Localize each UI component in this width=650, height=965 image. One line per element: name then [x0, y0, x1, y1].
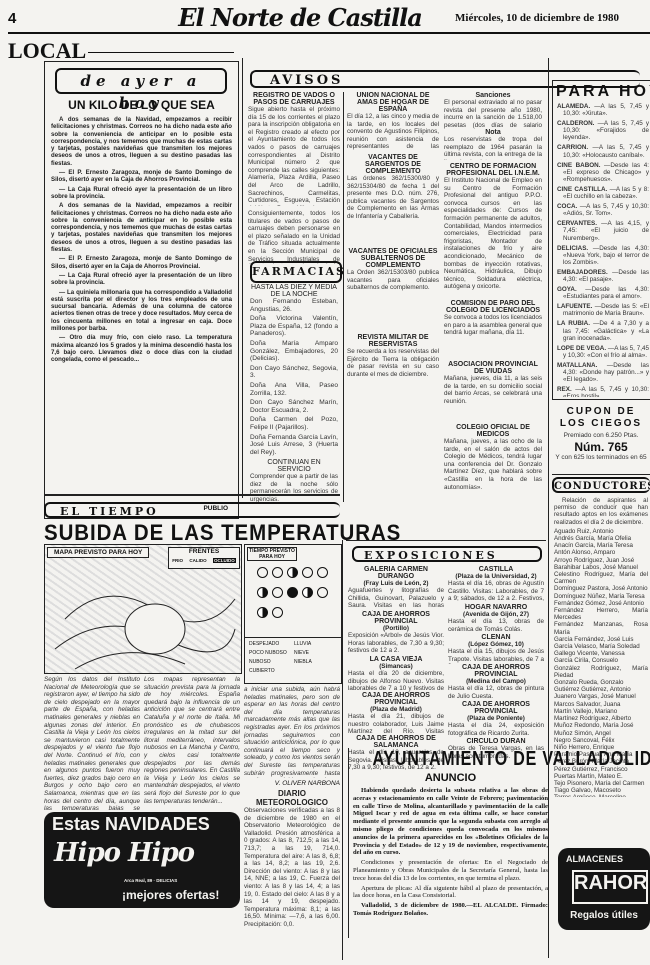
cine-name: CINE BABON. [557, 162, 600, 169]
conductor-name: Muñoz Redondo, María José [554, 722, 648, 729]
aviso-title: UNION NACIONAL DE AMAS DE HOGAR DE ESPAÑ… [347, 92, 439, 113]
aviso-title: ASOCIACION PROVINCIAL DE VIUDAS [444, 361, 542, 375]
weather-forecast-text: a iniciar una subida, aún habrá heladas … [244, 686, 340, 778]
partly-cloudy-icon [257, 607, 268, 618]
cine-item: LAFUENTE. —Desde las 5: «El matrimonio d… [557, 303, 649, 317]
expo-venue: CLENAN [448, 634, 544, 641]
expo-text: Hasta el día 21, dibujos de nuestro cola… [348, 713, 444, 735]
conductor-name: Tejo Pisonero, María del Carmen [554, 780, 648, 787]
farmacia-item: Doña Victorina Valentín, Plaza de España… [250, 315, 338, 338]
avisos-col-2: UNION NACIONAL DE AMAS DE HOGAR DE ESPAÑ… [347, 92, 439, 502]
expo-venue: GALERIA CARMEN DURANGO [348, 566, 444, 580]
cine-name: CINE CASTILLA. [557, 186, 607, 193]
para-hoy-title: PARA HOY [556, 83, 650, 101]
aviso-text: Se recuerda a los reservistas del Ejérci… [347, 348, 439, 518]
cine-item: LOPE DE VEGA. —A las 5, 7,45 y 10,30: «C… [557, 345, 649, 359]
cupon-number: Núm. 765 [552, 440, 650, 454]
hipo-tagline: ¡mejores ofertas! [122, 888, 219, 902]
conductores-intro: Relación de aspirantes al permiso de con… [554, 497, 648, 526]
cine-name: EMBAJADORES. [557, 269, 608, 276]
aviso-title: COLEGIO OFICIAL DE MEDICOS [444, 424, 542, 438]
cupon-box: CUPON DE LOS CIEGOS Premiado con 6.250 P… [552, 406, 650, 470]
cine-name: COCA. [557, 203, 577, 210]
paragraph: — La Caja Rural ofreció ayer la presenta… [51, 186, 232, 201]
hipo-advertisement[interactable]: Estas NAVIDADES Hipo Hipo Arca Real, 89 … [44, 812, 240, 908]
expo-address: (Fray Luis de León, 2) [348, 580, 444, 587]
para-hoy-box: PARA HOY ALAMEDA. —A las 5, 7,45 y 10,30… [552, 80, 650, 400]
fronts-title: FRENTES [169, 548, 239, 555]
conductor-name: Gutiérrez Gutiérrez, Antonio [554, 686, 648, 693]
rahor-tagline: Regalos útiles [564, 910, 644, 921]
farmacias-list: HASTA LAS DIEZ Y MEDIA DE LA NOCHE Don F… [250, 284, 338, 509]
hipo-address: Arca Real, 89 · DELICIAS [124, 878, 177, 883]
conductor-name: García Fernández, José Luis [554, 636, 648, 643]
clear-icon [272, 587, 283, 598]
farmacia-item: Don Cayo Sánchez, Segovia, 3. [250, 365, 338, 380]
cine-name: ALAMEDA. [557, 103, 590, 110]
weather-legend: DESPEJADO LLUVIA POCO NUBOSO NIEVE NUBOS… [249, 640, 339, 676]
ayuntamiento-anuncio: AYUNTAMIENTO DE VALLADOLID ANUNCIO Habie… [348, 748, 548, 938]
cine-item: ALAMEDA. —A las 5, 7,45 y 10,30: «Xiruta… [557, 103, 649, 117]
farmacia-item: Don Fernando Esteban, Angustias, 26. [250, 298, 338, 313]
expo-venue: CAJA DE AHORROS PROVINCIAL [448, 664, 544, 678]
conductor-name: García Velasco, María Soledad [554, 643, 648, 650]
expo-text: Hasta el día 12, obras de pintura de Jul… [448, 685, 544, 701]
cupon-extra: Y con 625 los terminados en 65 [552, 454, 650, 461]
exposiciones-banner: EXPOSICIONES [352, 546, 542, 562]
aviso-title: Nota [444, 129, 542, 136]
aviso-text: Mañana, jueves, a las ocho de la tarde, … [444, 438, 542, 498]
column-divider [242, 58, 243, 498]
partly-cloudy-icon [287, 567, 298, 578]
cine-name: LOPE DE VEGA. [557, 345, 606, 352]
aviso-title: Sanciones [444, 92, 542, 99]
cine-name: REX. [557, 386, 572, 393]
conductor-name: Torres Argüeso, Marcelino [554, 794, 648, 797]
column-divider [548, 58, 549, 958]
cine-name: LA RUBIA. [557, 320, 590, 327]
clear-icon [272, 567, 283, 578]
legend-item: NUBOSO [249, 658, 294, 667]
ayer-hoy-banner: de ayer a hoy [55, 68, 227, 94]
paragraph: A dos semanas de la Navidad, empezamos a… [51, 202, 232, 253]
cine-item: CINE CASTILLA. —A las 5 y 8: «El cuchill… [557, 186, 649, 200]
diario-text: Observaciones verificadas a las 8 de dic… [244, 807, 340, 957]
weather-col-1: Según los datos del Instituto Nacional d… [44, 676, 140, 810]
expo-text: Hasta el día 20 de diciembre, dibujos de… [348, 670, 444, 692]
conductor-name: Muñoz Simón, Angel [554, 730, 648, 737]
newspaper-title: El Norte de Castilla [170, 3, 430, 32]
conductor-name: Gallego Vicente, Vanessa [554, 650, 648, 657]
el-tiempo-headline: SUBIDA DE LAS TEMPERATURAS [44, 520, 319, 546]
column-divider [342, 540, 343, 960]
aviso-title: VACANTES DE SARGENTOS DE COMPLEMENTO [347, 154, 439, 175]
conductor-name: Barahibar Labos, José Manuel [554, 564, 648, 571]
overcast-icon [287, 587, 298, 598]
cine-item: EMBAJADORES. —Desde las 4,30: «El pasaje… [557, 269, 649, 283]
paragraph: — La quiniela millonaria que ha correspo… [51, 289, 232, 333]
map2-title: TIEMPO PREVISTO PARA HOY [247, 547, 297, 561]
aviso-text: Las órdenes 362/15300/80 y 362/15304/80 … [347, 175, 439, 245]
avisos-col-3: Sanciones El personal extraviado al no p… [444, 92, 542, 502]
column-divider [343, 92, 344, 502]
cine-item: MATALLANA. —Desde las 4,30: «Donde hay p… [557, 362, 649, 383]
expo-venue: CASTILLA [448, 566, 544, 573]
cine-item: CALDERON. —A las 5, 7,45 y 10,30: «Foraj… [557, 120, 649, 141]
aviso-text: Consiguientemente, todos los titulares d… [248, 210, 340, 264]
paragraph: A dos semanas de la Navidad, empezamos a… [51, 116, 232, 167]
clear-icon [257, 567, 268, 578]
ayuntamiento-subtitle: ANUNCIO [353, 772, 548, 784]
cine-name: CERVANTES. [557, 220, 597, 227]
expo-venue: CIRCULO DURAN [448, 738, 544, 745]
legend-item: NIEVE [294, 649, 339, 658]
conductor-name: García Cirila, Consuelo [554, 657, 648, 664]
expo-venue: LA CASA VIEJA [348, 656, 444, 663]
conductor-name: Fernández Gómez, José Antonio [554, 600, 648, 607]
conductor-name: Anacín García, María Teresa [554, 542, 648, 549]
section-divider [346, 540, 546, 541]
aviso-text: El Instituto Nacional de Empleo en su Ce… [444, 177, 542, 297]
front-cold-label: FRIO [172, 558, 183, 563]
expo-text: Aguafuertes y litografías de Chillida, G… [348, 587, 444, 611]
fronts-legend: FRENTES FRIO CALIDO OCLUIDO [168, 547, 240, 569]
rahor-top: ALMACENES [566, 854, 623, 864]
conductor-name: Domínguez Núñez, María Teresa [554, 593, 648, 600]
paragraph: — La Caja Rural ofreció ayer la presenta… [51, 272, 232, 287]
aviso-text: El día 12, a las cinco y media de la tar… [347, 113, 439, 151]
farmacias-subtitle: HASTA LAS DIEZ Y MEDIA DE LA NOCHE [250, 284, 338, 298]
conductor-name: Aguado Ruiz, Antonio [554, 528, 648, 535]
rahor-advertisement[interactable]: ALMACENES RAHOR Regalos útiles [558, 848, 650, 930]
farmacias-note-text: Comprender que a partir de las diez de l… [250, 473, 338, 503]
farmacia-item: Doña Ana Villa, Paseo Zorrilla, 132. [250, 382, 338, 397]
map-title: MAPA PREVISTO PARA HOY [47, 547, 149, 558]
cine-list: ALAMEDA. —A las 5, 7,45 y 10,30: «Xiruta… [557, 103, 649, 397]
cine-name: LAFUENTE. [557, 303, 592, 310]
aviso-text: El personal extraviado al no pasar revis… [444, 99, 542, 129]
paragraph: — El P. Ernesto Zaragoza, monje de Santo… [51, 169, 232, 184]
masthead-rule [8, 32, 650, 34]
conductor-name: Antón Alonso, Amparo [554, 549, 648, 556]
cine-item: COCA. —A las 5, 7,45 y 10,30: «Adiós, Sr… [557, 203, 649, 217]
section-rule [88, 52, 234, 53]
ayuntamiento-body: Habiendo quedado desierta la subasta rel… [353, 787, 548, 920]
conductor-name: Celestino Rodríguez, María del Carmen [554, 571, 648, 585]
aviso-title: REGISTRO DE VADOS O PASOS DE CARRUAJES [248, 92, 340, 106]
expo-venue: CAJA DE AHORROS PROVINCIAL [448, 701, 544, 715]
weather-col-3: a iniciar una subida, aún habrá heladas … [244, 686, 340, 964]
aviso-text: Mañana, jueves, día 11, a las seis de la… [444, 375, 542, 421]
hipo-top: Estas NAVIDADES [52, 814, 210, 835]
aviso-text: La Orden 362/15303/80 publica vacantes p… [347, 269, 439, 331]
cine-item: CERVANTES. —A las 4,15, y 7,45: «El juic… [557, 220, 649, 241]
cupon-title: CUPON DE LOS CIEGOS [552, 406, 650, 430]
clear-icon [317, 567, 328, 578]
cine-name: GOYA. [557, 286, 577, 293]
expo-address: (Plaza de Poniente) [448, 715, 544, 722]
issue-date: Miércoles, 10 de diciembre de 1980 [455, 12, 619, 24]
cine-item: CARRION. —A las 5, 7,45 y 10,30: «Holoca… [557, 144, 649, 158]
rahor-brand: RAHOR [572, 870, 648, 904]
expo-text: Hasta el día 16, obras de Agustín Castil… [448, 580, 544, 604]
expo-venue: CAJA DE AHORROS PROVINCIAL [348, 692, 444, 706]
expo-venue: CAJA DE AHORROS DE SALAMANCA [348, 735, 444, 749]
expo-address: (López Gómez, 10) [448, 641, 544, 648]
conductor-name: Puertas Martín, Mateo E. [554, 773, 648, 780]
clear-icon [302, 567, 313, 578]
farmacias-note: CONTINUAN EN SERVICIO [250, 459, 338, 473]
aviso-title: REVISTA MILITAR DE RESERVISTAS [347, 334, 439, 348]
ayer-hoy-body: A dos semanas de la Navidad, empezamos a… [51, 116, 232, 496]
legend-item: LLUVIA [294, 640, 339, 649]
legend-item: POCO NUBOSO [249, 649, 294, 658]
divider [552, 474, 650, 475]
expo-text: Hasta el día 13, obras de cerámica de To… [448, 618, 544, 634]
paragraph: — Otro día muy frío, con cielo raso. La … [51, 334, 232, 363]
aviso-text: Se convoca a todos los licenciados en pa… [444, 314, 542, 358]
farmacias-banner: FARMACIAS [250, 261, 342, 283]
avisos-col-1: REGISTRO DE VADOS O PASOS DE CARRUAJES S… [248, 92, 340, 257]
expo-address: (Simancas) [348, 663, 444, 670]
conductor-name: Martín Vallejo, Mariano [554, 708, 648, 715]
exposiciones-col-2: CASTILLA (Plaza de la Universidad, 2) Ha… [448, 566, 544, 744]
isobar-map-icon [45, 569, 241, 673]
aviso-text: Sigue abierto hasta el próximo día 15 de… [248, 106, 340, 206]
paragraph: Valladolid, 3 de diciembre de 1980.—EL A… [353, 902, 548, 918]
cine-item: GOYA. —Desde las 4,30: «Estudiantes para… [557, 286, 649, 300]
legend-item: CUBIERTO [249, 667, 294, 676]
paragraph: — El P. Ernesto Zaragoza, monje de Santo… [51, 255, 232, 270]
cine-showtimes: —A las 5, 7,45 y 10,30: «Eros hostil». [563, 386, 649, 397]
weather-symbols-map: TIEMPO PREVISTO PARA HOY DESPEJADO LLUVI… [244, 544, 342, 684]
conductor-name: Arroyo Rodríguez, Juan José [554, 557, 648, 564]
expo-text: Hasta el día 24, exposición fotográfica … [448, 722, 544, 738]
ayer-hoy-column: de ayer a hoy UN KILO DE LO QUE SEA A do… [44, 61, 239, 519]
expo-address: (Portillo) [348, 625, 444, 632]
paragraph: Apertura de plicas: Al día siguiente háb… [353, 885, 548, 901]
partly-cloudy-icon [257, 587, 268, 598]
conductor-name: Juanero Vargas, José Manuel [554, 693, 648, 700]
legend-divider [245, 637, 341, 638]
expo-address: (Plaza de la Universidad, 2) [448, 573, 544, 580]
expo-venue: CAJA DE AHORROS PROVINCIAL [348, 611, 444, 625]
paragraph: Condiciones y presentación de ofertas: E… [353, 859, 548, 882]
conductor-name: Fernández Herrero, María Mercedes [554, 607, 648, 621]
page-number: 4 [8, 10, 16, 27]
cine-name: DELICIAS. [557, 245, 588, 252]
aviso-title: COMISION DE PARO DEL COLEGIO DE LICENCIA… [444, 300, 542, 314]
ayer-hoy-headline: UN KILO DE LO QUE SEA [49, 98, 234, 112]
cine-item: REX. —A las 5, 7,45 y 10,30: «Eros hosti… [557, 386, 649, 397]
forecast-map: MAPA PREVISTO PARA HOY FRENTES FRIO CALI… [44, 544, 242, 674]
conductor-name: Tiago Galvao, Macoseto [554, 787, 648, 794]
aviso-title: VACANTES DE OFICIALES SUBALTERNOS DE COM… [347, 248, 439, 269]
conductor-name: Domínguez Pastora, José Antonio [554, 585, 648, 592]
front-warm-label: CALIDO [189, 558, 206, 563]
weather-col-2: Los mapas representan la situación previ… [144, 676, 240, 810]
expo-venue: HOGAR NAVARRO [448, 604, 544, 611]
conductores-banner: CONDUCTORES [552, 477, 650, 493]
front-occluded-label: OCLUIDO [213, 558, 236, 563]
expo-text: Hasta el día 15, dibujos de Jesús Trapot… [448, 648, 544, 664]
weather-signature: V. OLIVER NARBONA [244, 780, 340, 787]
expo-address: (Avenida de Gijón, 27) [448, 611, 544, 618]
cine-item: CINE BABON. —Desde las 4: «El expreso de… [557, 162, 649, 183]
diario-title: DIARIO METEOROLOGICO [244, 789, 340, 807]
conductor-name: Marcos Salvador, Juana [554, 701, 648, 708]
aviso-text: Los reservistas de tropa del reemplazo d… [444, 136, 542, 160]
conductor-name: Gonzalo Rueda, Gonzalo [554, 679, 648, 686]
hipo-brand: Hipo Hipo [54, 838, 194, 868]
cine-name: CARRION. [557, 144, 588, 151]
section-divider [44, 494, 340, 496]
cupon-prize: Premiado con 6.250 Ptas. [552, 432, 650, 439]
farmacia-item: Doña Fernanda García Lavín, José Luis Ar… [250, 434, 338, 457]
expo-address: (Medina del Campo) [448, 678, 544, 685]
ayuntamiento-title: AYUNTAMIENTO DE VALLADOLID [373, 748, 529, 771]
legend-item: DESPEJADO [249, 640, 294, 649]
aviso-title: CENTRO DE FORMACION PROFESIONAL DEL I.N.… [444, 163, 542, 177]
paragraph: Habiendo quedado desierta la subasta rel… [353, 787, 548, 857]
cine-item: LA RUBIA. —De 4 a 7,30 y a las 7,45: «Ga… [557, 320, 649, 341]
expo-address: (Plaza de Madrid) [348, 706, 444, 713]
conductor-name: Fernández Manzanas, Rosa María [554, 621, 648, 635]
conductor-name: González Rodríguez, María Piedad [554, 665, 648, 679]
clear-icon [272, 607, 283, 618]
conductor-name: Negro Sancoval, Félix [554, 737, 648, 744]
clear-icon [317, 587, 328, 598]
cine-item: DELICIAS. —Desde las 4,30: «Nueva York, … [557, 245, 649, 266]
cine-name: CALDERON. [557, 120, 594, 127]
exposiciones-col-1: GALERIA CARMEN DURANGO (Fray Luis de Leó… [348, 566, 444, 744]
el-tiempo-banner: EL TIEMPO [44, 502, 340, 518]
farmacia-item: Don Cayo Sánchez Marín, Doctor Escuadra,… [250, 399, 338, 414]
expo-text: Exposición «Arbol» de Jesús Vior. Horas … [348, 632, 444, 656]
weather-symbols [255, 565, 335, 625]
cine-name: MATALLANA. [557, 362, 597, 369]
conductor-name: Martínez Rodríguez, Alberto [554, 715, 648, 722]
conductor-name: Andrés García, María Ofelia [554, 535, 648, 542]
farmacia-item: Doña María Amparo González, Embajadores,… [250, 340, 338, 363]
farmacia-item: Doña Carmen del Pozo, Felipe II (Pajaril… [250, 416, 338, 431]
legend-item: NIEBLA [294, 658, 339, 667]
partly-cloudy-icon [302, 587, 313, 598]
